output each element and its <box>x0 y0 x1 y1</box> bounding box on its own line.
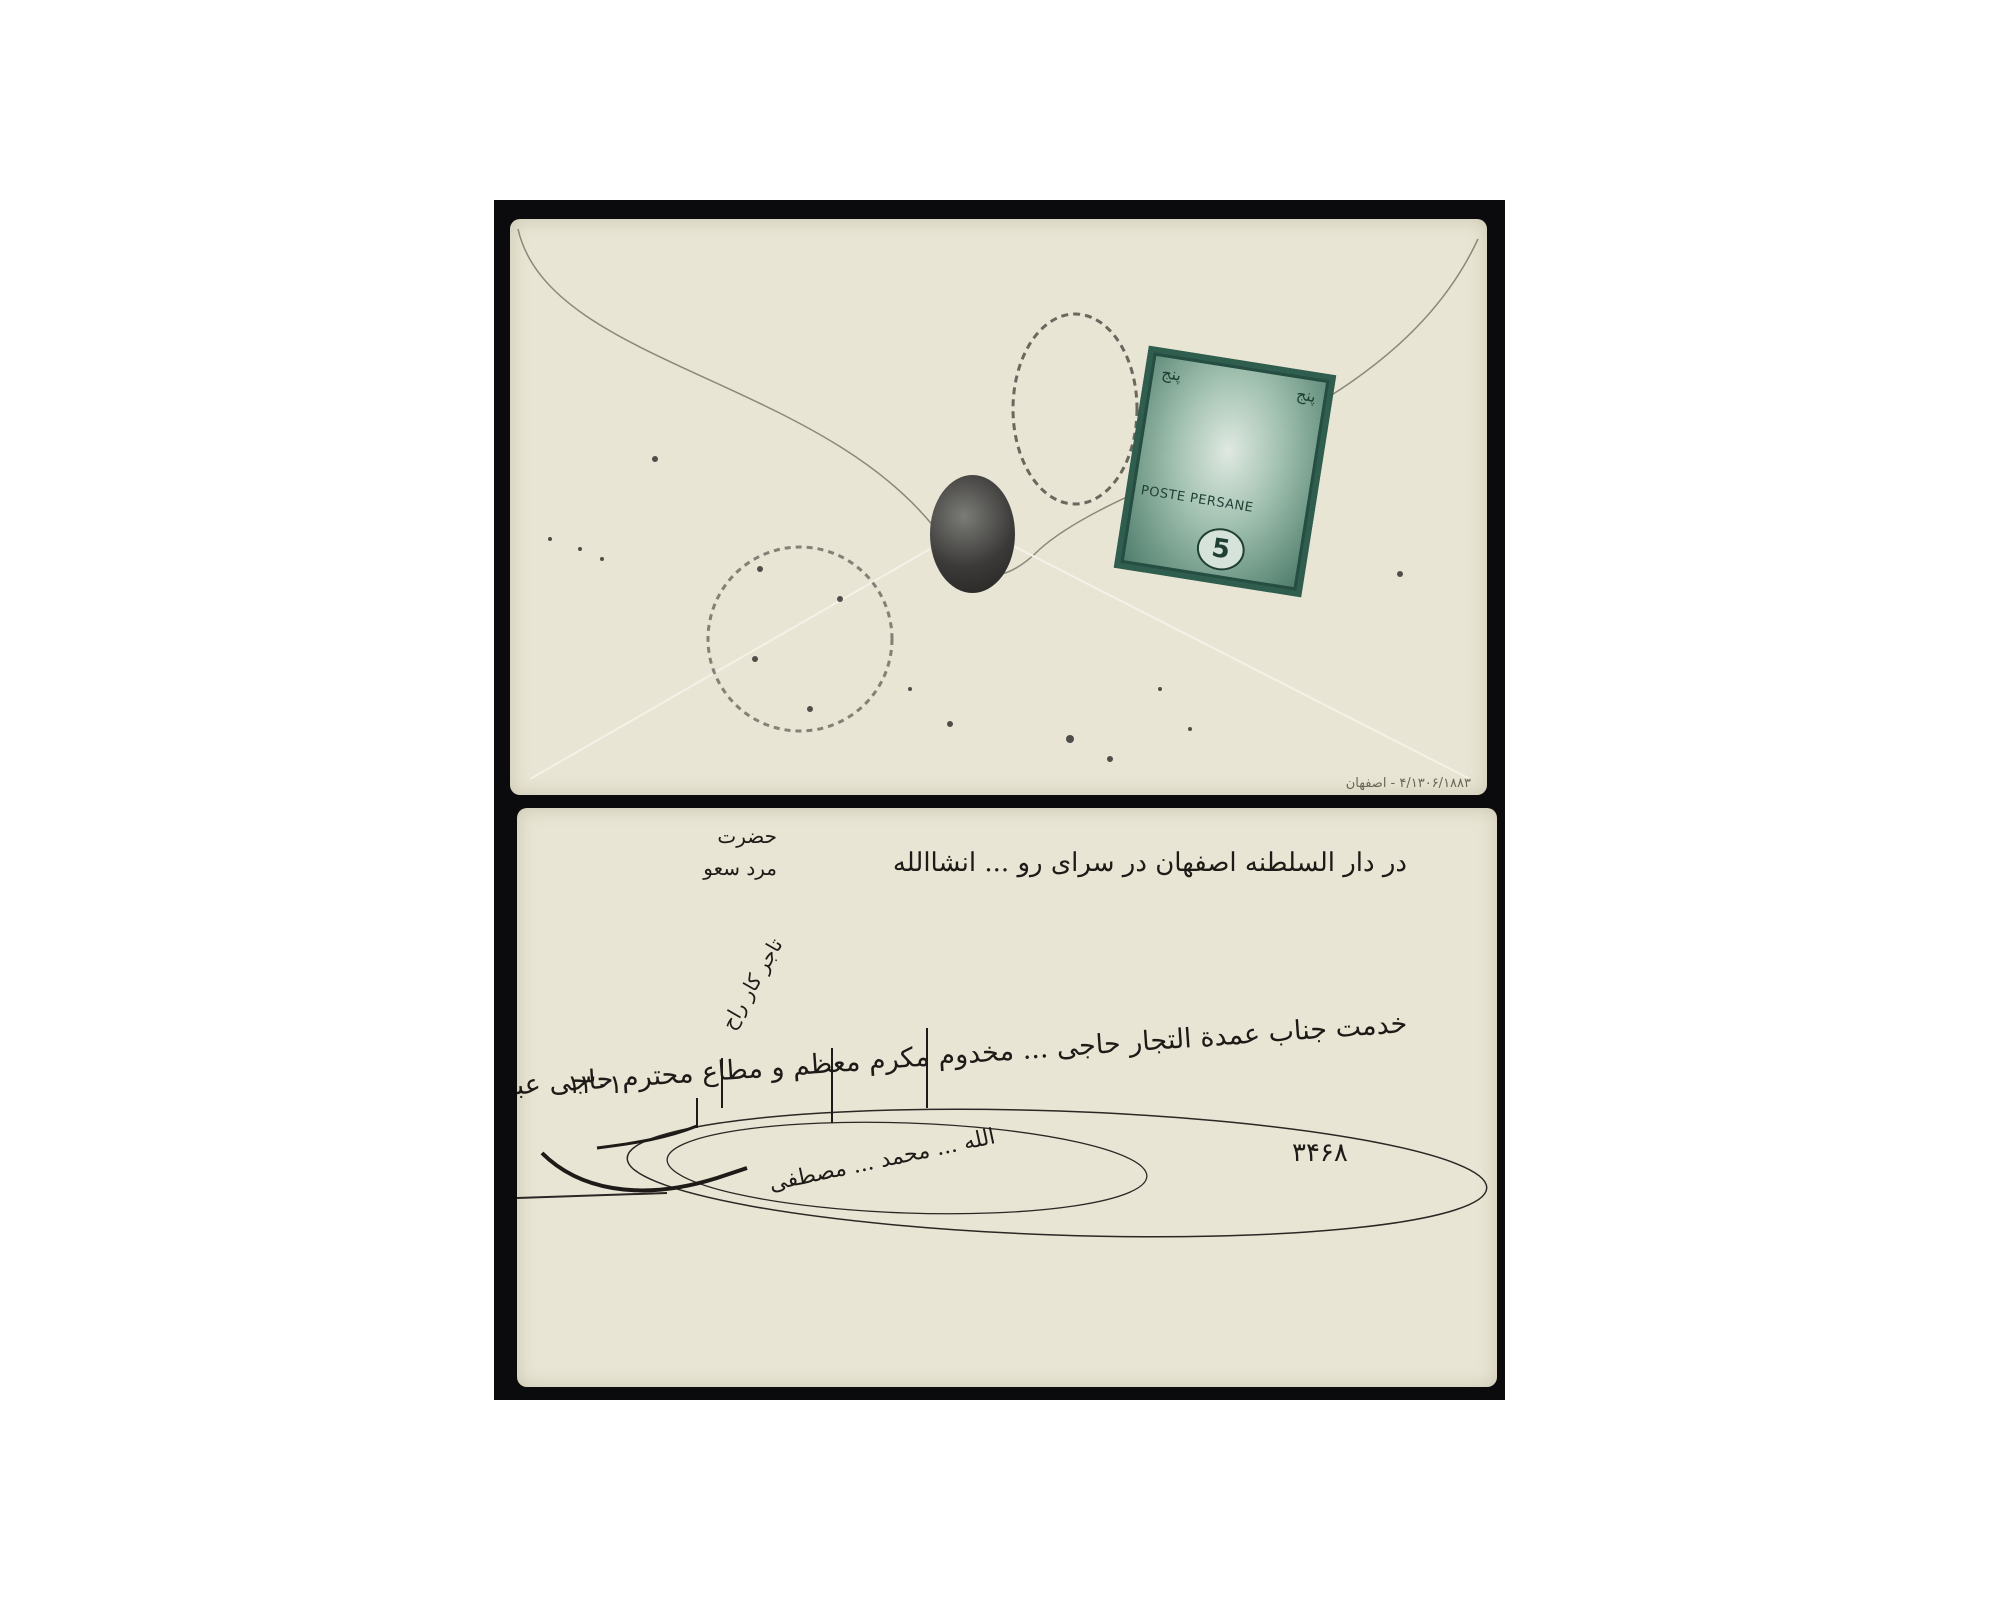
year-1301: ۱۳۰۱ <box>567 1070 623 1100</box>
margin-note: حضرت مرد سعو تاجر کار راح <box>676 820 777 956</box>
stamp-inscription: POSTE PERSANE <box>1140 483 1300 523</box>
stamp-value: 5 <box>1194 525 1248 574</box>
envelope-back: پنج پنج POSTE PERSANE 5 ۴/۱۳۰۶/۱۸۸۳ - اص… <box>510 219 1487 795</box>
envelope-front: حضرت مرد سعو تاجر کار راح در دار السلطنه… <box>517 808 1497 1387</box>
margin-note-line: مرد سعو <box>676 852 777 884</box>
pencil-annotation: ۴/۱۳۰۶/۱۸۸۳ - اصفهان <box>1346 776 1471 791</box>
stamp-corner-right: پنج <box>1295 384 1317 406</box>
front-ink-strokes <box>517 808 1497 1387</box>
address-line-1: در دار السلطنه اصفهان در سرای رو ... انش… <box>893 848 1407 878</box>
postage-stamp: پنج پنج POSTE PERSANE 5 <box>1114 346 1337 598</box>
photo-frame: پنج پنج POSTE PERSANE 5 ۴/۱۳۰۶/۱۸۸۳ - اص… <box>494 200 1505 1400</box>
wax-seal-icon <box>930 475 1015 593</box>
stamp-corner-left: پنج <box>1160 363 1182 385</box>
reference-number: ۳۴۶۸ <box>1292 1138 1348 1168</box>
margin-note-line: حضرت <box>676 820 777 852</box>
